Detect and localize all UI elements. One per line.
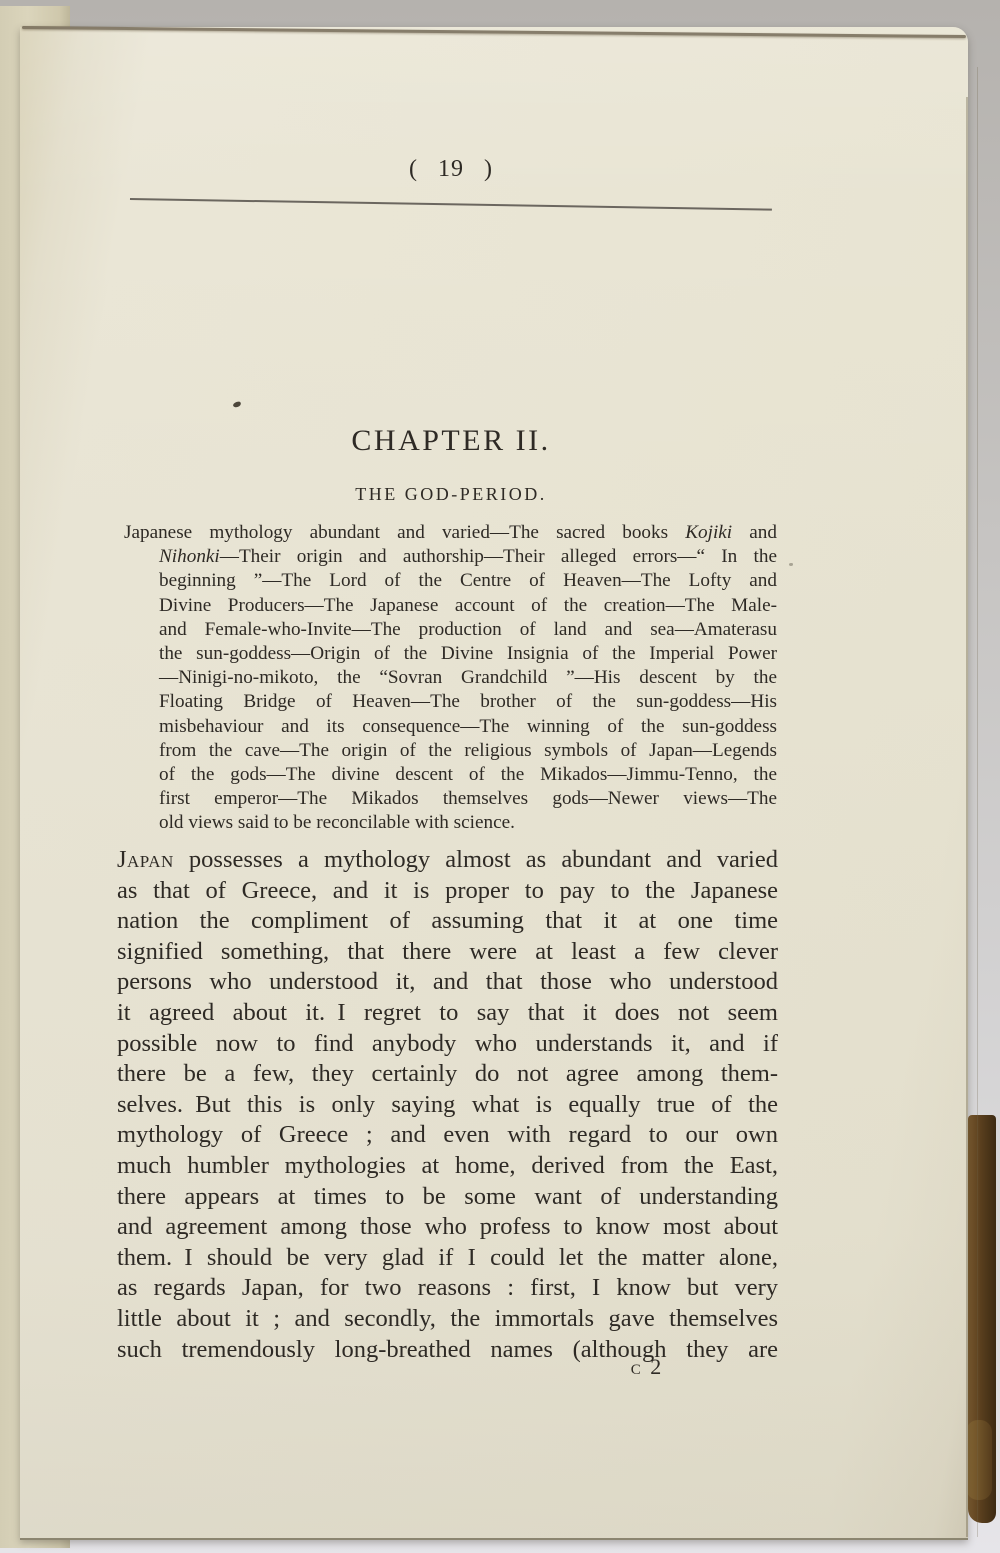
chapter-synopsis: Japanese mythology abundant and varied—T… xyxy=(124,521,777,835)
text-line: —Ninigi-no-mikoto, the “Sovran Grandchil… xyxy=(124,666,777,690)
page-stack-edge-line xyxy=(966,97,968,1537)
text-line: as regards Japan, for two reasons : firs… xyxy=(117,1273,778,1304)
text-line: misbehaviour and its consequence—The win… xyxy=(124,715,777,739)
text-line: signified something, that there were at … xyxy=(117,937,778,968)
text-line: the sun-goddess—Origin of the Divine Ins… xyxy=(124,642,777,666)
chapter-heading: CHAPTER II. xyxy=(130,424,772,458)
text-line: and Female-who-Invite—The production of … xyxy=(124,618,777,642)
text-line: Floating Bridge of Heaven—The brother of… xyxy=(124,690,777,714)
text-line: much humbler mythologies at home, derive… xyxy=(117,1151,778,1182)
text-line: Divine Producers—The Japanese account of… xyxy=(124,594,777,618)
page-number: ( 19 ) xyxy=(130,156,772,183)
text-line: as that of Greece, and it is proper to p… xyxy=(117,876,778,907)
text-line: there appears at times to be some want o… xyxy=(117,1182,778,1213)
text-line: beginning ”—The Lord of the Centre of He… xyxy=(124,569,777,593)
text-line: of the gods—The divine descent of the Mi… xyxy=(124,763,777,787)
text-line: Nihonki—Their origin and authorship—Thei… xyxy=(124,545,777,569)
page-stack-edge-line xyxy=(977,67,978,1537)
body-text: Japan possesses a mythology almost as ab… xyxy=(117,845,778,1365)
scan-background: ( 19 ) CHAPTER II. THE GOD-PERIOD. Japan… xyxy=(0,0,1000,1553)
text-line: possible now to find anybody who underst… xyxy=(117,1029,778,1060)
text-line: first emperor—The Mikados themselves god… xyxy=(124,787,777,811)
text-line: from the cave—The origin of the religiou… xyxy=(124,739,777,763)
paper-speck xyxy=(789,563,793,566)
text-line: selves. But this is only saying what is … xyxy=(117,1090,778,1121)
text-line: there be a few, they certainly do not ag… xyxy=(117,1059,778,1090)
text-line: persons who understood it, and that thos… xyxy=(117,967,778,998)
text-line: old views said to be reconcilable with s… xyxy=(124,811,777,835)
text-line: mythology of Greece ; and even with rega… xyxy=(117,1120,778,1151)
text-line: Japanese mythology abundant and varied—T… xyxy=(124,521,777,545)
text-line: Japan possesses a mythology almost as ab… xyxy=(117,845,778,876)
text-line: it agreed about it. I regret to say that… xyxy=(117,998,778,1029)
book-cover-corner xyxy=(966,1420,992,1500)
text-line: little about it ; and secondly, the immo… xyxy=(117,1304,778,1335)
signature-mark: c 2 xyxy=(547,1354,747,1380)
text-line: nation the compliment of assuming that i… xyxy=(117,906,778,937)
text-line: them. I should be very glad if I could l… xyxy=(117,1243,778,1274)
chapter-subtitle: THE GOD-PERIOD. xyxy=(130,484,772,505)
text-line: and agreement among those who profess to… xyxy=(117,1212,778,1243)
